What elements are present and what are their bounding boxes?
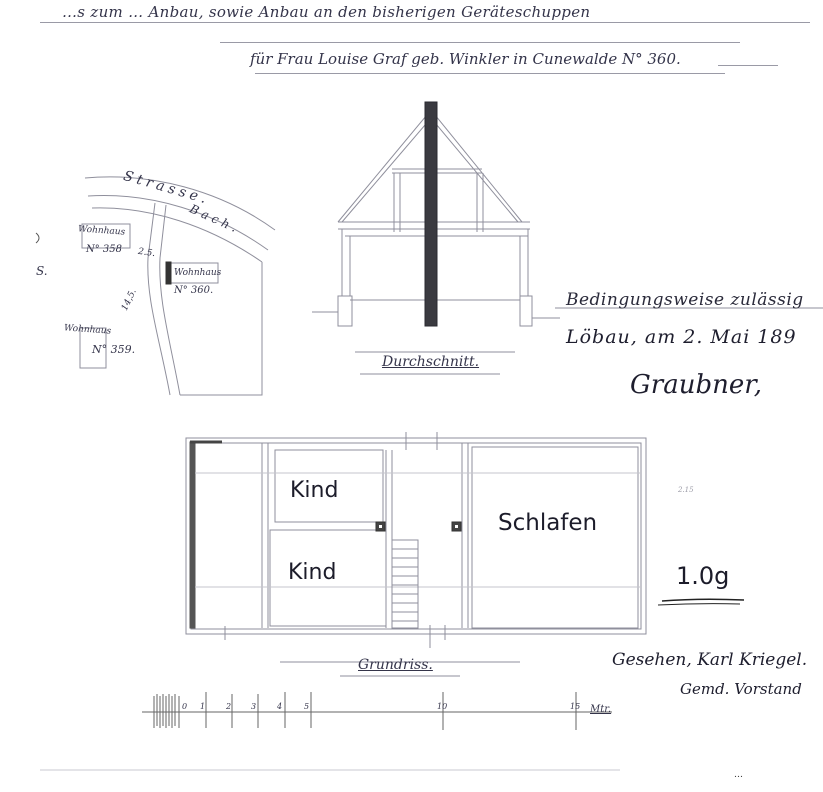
small-mark: 2.15 (678, 486, 694, 494)
building-360-label: Wohnhaus (174, 268, 221, 278)
room-label-kind-2: Kind (288, 560, 336, 585)
left-marker: S. (36, 264, 48, 278)
scale-bar-drawing (142, 692, 612, 730)
scale-tick-1: 1 (200, 702, 205, 711)
inspection-line-1: Gesehen, Karl Kriegel. (612, 650, 807, 670)
area-annotation: 1.0g (676, 562, 729, 590)
scale-tick-5: 5 (304, 702, 309, 711)
scale-unit: Mtr. (590, 704, 611, 715)
approval-signature: Graubner, (630, 370, 762, 400)
scale-tick-0: 0 (182, 702, 187, 711)
section-caption: Durchschnitt. (382, 354, 479, 370)
building-358-number: N° 358 (86, 244, 122, 255)
site-plan-drawing (36, 177, 275, 395)
scale-tick-10: 10 (437, 702, 447, 711)
scale-tick-3: 3 (251, 702, 256, 711)
scale-tick-2: 2 (226, 702, 231, 711)
scale-tick-15: 15 (570, 702, 580, 711)
chimney (425, 102, 437, 326)
building-360-number: N° 360. (174, 285, 213, 296)
approval-line-2: Löbau, am 2. Mai 189 (566, 326, 797, 348)
footer-mark: … (734, 770, 743, 780)
floor-plan-caption: Grundriss. (358, 657, 433, 673)
room-label-kind-1: Kind (290, 478, 338, 503)
building-360-hatch (166, 262, 171, 284)
scale-tick-4: 4 (277, 702, 282, 711)
building-359-number: N° 359. (92, 343, 135, 356)
floor-plan-drawing (186, 432, 646, 648)
room-label-schlafen: Schlafen (498, 510, 597, 536)
approval-line-1: Bedingungsweise zulässig (566, 290, 804, 310)
inspection-line-2: Gemd. Vorstand (680, 680, 802, 698)
